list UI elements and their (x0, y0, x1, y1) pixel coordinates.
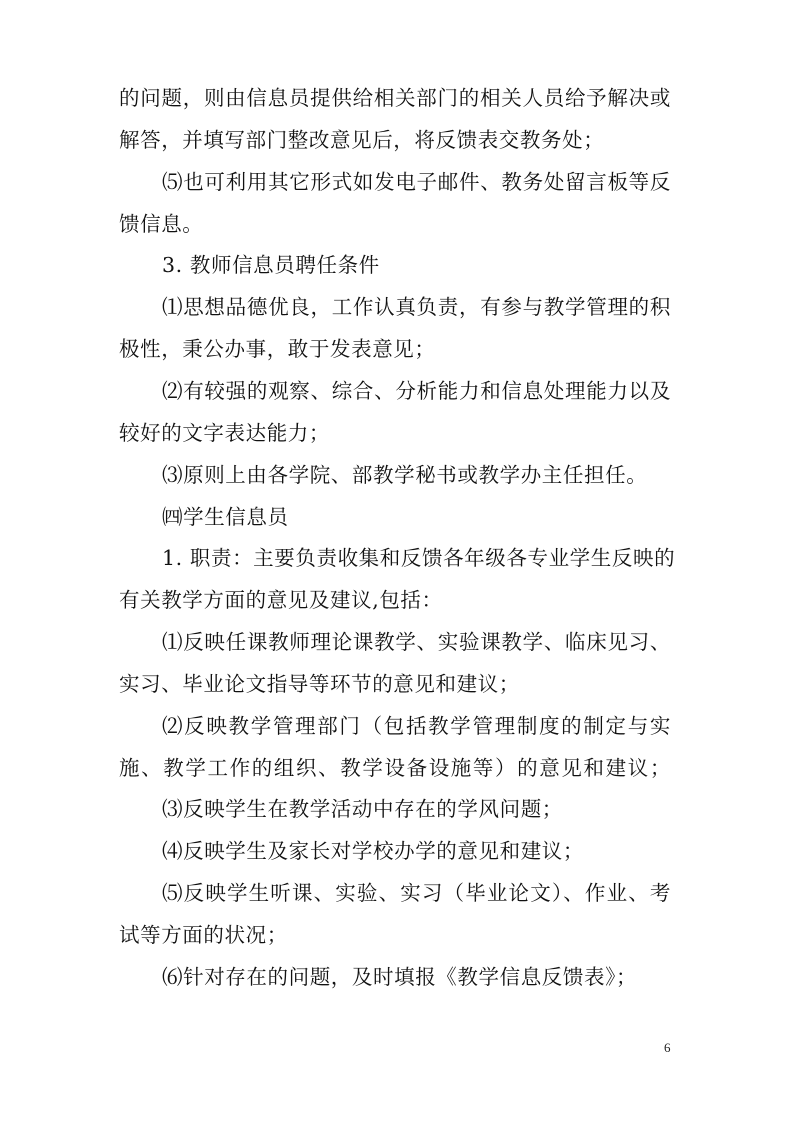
text-line: ⑹针对存在的问题，及时填报《教学信息反馈表》； (162, 964, 671, 990)
text-line: ⑵有较强的观察、综合、分析能力和信息处理能力以及 (162, 378, 671, 404)
section-heading: ㈣学生信息员 (162, 504, 671, 530)
text-line: 有关教学方面的意见及建议,包括： (119, 587, 671, 613)
text-line: ⑸也可利用其它形式如发电子邮件、教务处留言板等反 (162, 169, 671, 195)
text-line: 馈信息。 (119, 211, 671, 237)
page-number: 6 (664, 1040, 671, 1056)
text-line: ⑴思想品德优良，工作认真负责，有参与教学管理的积 (162, 294, 671, 320)
text-line: ⑸反映学生听课、实验、实习（毕业论文）、作业、考 (162, 880, 671, 906)
document-page: 的问题，则由信息员提供给相关部门的相关人员给予解决或 解答，并填写部门整改意见后… (0, 0, 793, 1122)
text-line: 解答，并填写部门整改意见后，将反馈表交教务处； (119, 127, 671, 153)
text-line: 的问题，则由信息员提供给相关部门的相关人员给予解决或 (119, 85, 671, 111)
text-line: ⑴反映任课教师理论课教学、实验课教学、临床见习、 (162, 629, 671, 655)
section-heading: 3. 教师信息员聘任条件 (162, 252, 671, 278)
text-line: 实习、毕业论文指导等环节的意见和建议； (119, 671, 671, 697)
text-line: ⑶原则上由各学院、部教学秘书或教学办主任担任。 (162, 462, 671, 488)
text-line: ⑵反映教学管理部门（包括教学管理制度的制定与实 (162, 713, 671, 739)
text-line: 较好的文字表达能力； (119, 420, 671, 446)
text-line: 试等方面的状况； (119, 922, 671, 948)
text-line: 1. 职责：主要负责收集和反馈各年级各专业学生反映的 (162, 545, 671, 571)
text-line: ⑶反映学生在教学活动中存在的学风问题； (162, 796, 671, 822)
text-line: 极性，秉公办事，敢于发表意见； (119, 336, 671, 362)
text-line: ⑷反映学生及家长对学校办学的意见和建议； (162, 838, 671, 864)
text-line: 施、教学工作的组织、教学设备设施等）的意见和建议； (119, 755, 671, 781)
